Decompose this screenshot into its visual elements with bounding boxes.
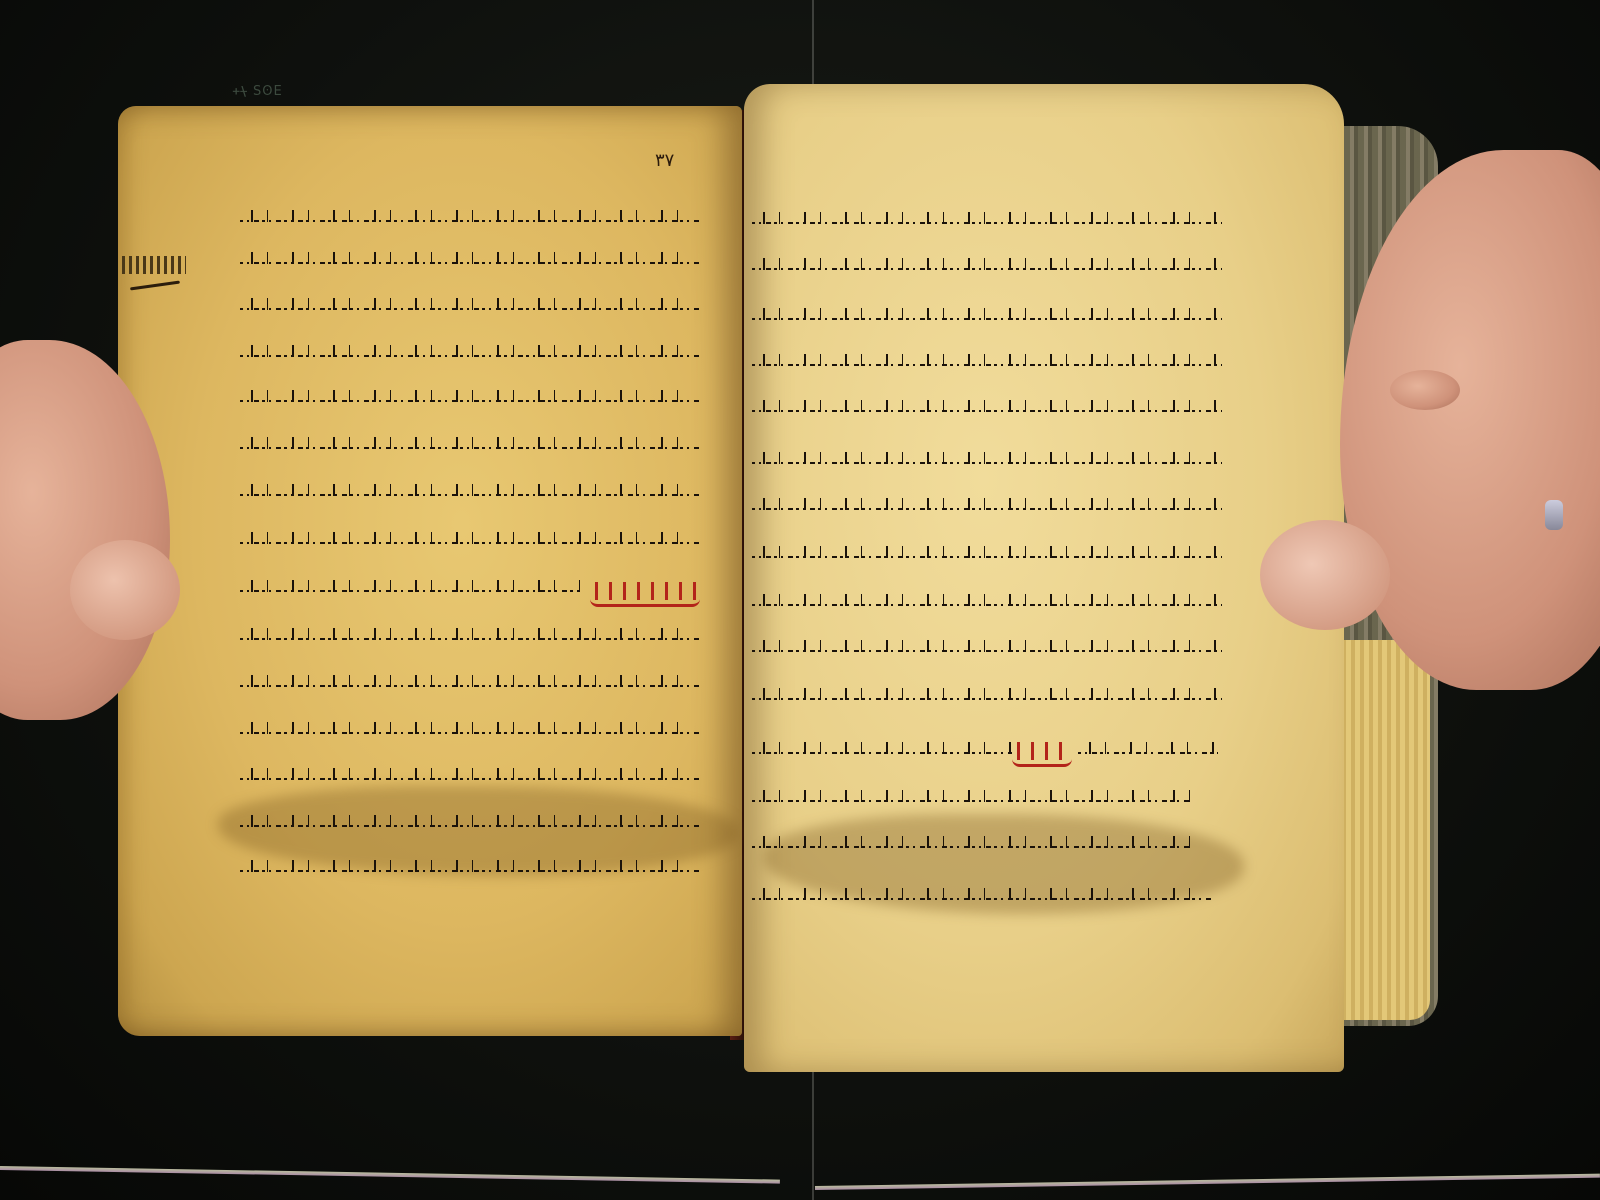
text-line xyxy=(240,825,700,828)
text-line xyxy=(752,462,1222,465)
text-line xyxy=(240,778,700,781)
shelfmark-label: ƎʘƧ ᚋᚐ xyxy=(232,84,282,99)
text-line xyxy=(240,638,700,641)
text-line xyxy=(240,262,700,265)
text-line xyxy=(752,364,1222,367)
text-line xyxy=(240,685,700,688)
text-line xyxy=(240,355,700,358)
text-line xyxy=(752,698,1222,701)
text-line xyxy=(240,494,700,497)
folio-number: ٣٧ xyxy=(655,150,674,171)
text-line xyxy=(240,447,700,450)
text-line xyxy=(240,870,700,873)
text-line xyxy=(752,898,1212,901)
rubric-heading xyxy=(590,578,700,607)
text-line xyxy=(752,508,1222,511)
text-line xyxy=(240,732,700,735)
right-finger xyxy=(1390,370,1460,410)
left-thumb xyxy=(70,540,180,640)
text-line xyxy=(752,604,1222,607)
ring-icon xyxy=(1545,500,1563,530)
text-line xyxy=(752,268,1222,271)
margin-note xyxy=(122,250,192,298)
text-line xyxy=(752,846,1192,849)
text-line xyxy=(240,308,700,311)
left-page xyxy=(118,106,742,1036)
right-page xyxy=(744,84,1344,1072)
text-line xyxy=(752,410,1222,413)
text-line xyxy=(240,220,700,223)
text-line xyxy=(752,752,1012,755)
text-line xyxy=(240,590,580,593)
text-line xyxy=(1078,752,1218,755)
text-line xyxy=(752,800,1192,803)
right-thumb xyxy=(1260,520,1390,630)
text-line xyxy=(240,400,700,403)
text-line xyxy=(752,318,1222,321)
rubric-heading xyxy=(1012,738,1072,767)
text-line xyxy=(752,650,1222,653)
text-line xyxy=(240,542,700,545)
text-line xyxy=(752,556,1222,559)
text-line xyxy=(752,222,1222,225)
